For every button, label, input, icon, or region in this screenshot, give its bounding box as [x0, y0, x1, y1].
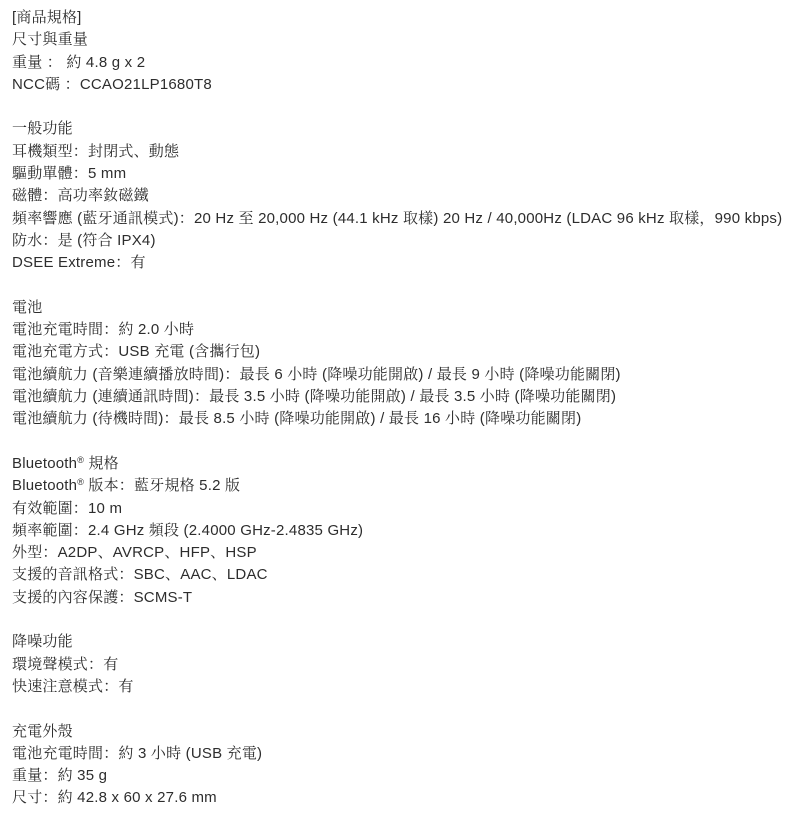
spec-line-headphone-type: 耳機類型：封閉式、動態 — [12, 141, 775, 163]
section-heading: 尺寸與重量 — [12, 29, 775, 51]
section-general-features: 一般功能 耳機類型：封閉式、動態 驅動單體：5 mm 磁體：高功率釹磁鐵 頻率響… — [12, 118, 775, 274]
spec-line-charge-time: 電池充電時間：約 2.0 小時 — [12, 319, 775, 341]
section-heading: 一般功能 — [12, 118, 775, 140]
spec-line-battery-life-standby: 電池續航力 (待機時間)：最長 8.5 小時 (降噪功能開啟) / 最長 16 … — [12, 408, 775, 430]
spec-line-driver-unit: 驅動單體：5 mm — [12, 163, 775, 185]
section-charging-case: 充電外殼 電池充電時間：約 3 小時 (USB 充電) 重量：約 35 g 尺寸… — [12, 721, 775, 810]
spec-line-case-charge-time: 電池充電時間：約 3 小時 (USB 充電) — [12, 743, 775, 765]
spec-line-case-dimensions: 尺寸：約 42.8 x 60 x 27.6 mm — [12, 787, 775, 809]
spec-line-charge-method: 電池充電方式：USB 充電 (含攜行包) — [12, 341, 775, 363]
page-title: [商品規格] — [12, 7, 775, 29]
section-heading: 電池 — [12, 297, 775, 319]
spec-line-battery-life-music: 電池續航力 (音樂連續播放時間)：最長 6 小時 (降噪功能開啟) / 最長 9… — [12, 364, 775, 386]
spec-line-weight: 重量 ： 約 4.8 g x 2 — [12, 52, 775, 74]
spec-line-profiles: 外型：A2DP、AVRCP、HFP、HSP — [12, 542, 775, 564]
section-dimensions-weight: 尺寸與重量 重量 ： 約 4.8 g x 2 NCC碼 ：CCAO21LP168… — [12, 29, 775, 96]
section-noise-cancelling: 降噪功能 環境聲模式：有 快速注意模式：有 — [12, 631, 775, 698]
spec-line-water-resistance: 防水：是 (符合 IPX4) — [12, 230, 775, 252]
section-heading: 降噪功能 — [12, 631, 775, 653]
spec-line-case-weight: 重量：約 35 g — [12, 765, 775, 787]
spec-line-audio-formats: 支援的音訊格式：SBC、AAC、LDAC — [12, 564, 775, 586]
spec-line-ncc-code: NCC碼 ：CCAO21LP1680T8 — [12, 74, 775, 96]
spec-line-frequency-range: 頻率範圍：2.4 GHz 頻段 (2.4000 GHz-2.4835 GHz) — [12, 520, 775, 542]
spec-line-frequency-response: 頻率響應 (藍牙通訊模式)：20 Hz 至 20,000 Hz (44.1 kH… — [12, 208, 775, 230]
spec-line-content-protection: 支援的內容保護：SCMS-T — [12, 587, 775, 609]
spec-line-magnet: 磁體：高功率釹磁鐵 — [12, 185, 775, 207]
section-bluetooth: Bluetooth® 規格 Bluetooth® 版本：藍牙規格 5.2 版 有… — [12, 453, 775, 609]
spec-line-quick-attention-mode: 快速注意模式：有 — [12, 676, 775, 698]
spec-line-bluetooth-version: Bluetooth® 版本：藍牙規格 5.2 版 — [12, 475, 775, 497]
spec-line-effective-range: 有效範圍：10 m — [12, 498, 775, 520]
spec-line-dsee-extreme: DSEE Extreme：有 — [12, 252, 775, 274]
section-heading: Bluetooth® 規格 — [12, 453, 775, 475]
product-spec-document: [商品規格] 尺寸與重量 重量 ： 約 4.8 g x 2 NCC碼 ：CCAO… — [0, 0, 789, 810]
section-heading: 充電外殼 — [12, 721, 775, 743]
section-battery: 電池 電池充電時間：約 2.0 小時 電池充電方式：USB 充電 (含攜行包) … — [12, 297, 775, 431]
spec-line-battery-life-talk: 電池續航力 (連續通訊時間)：最長 3.5 小時 (降噪功能開啟) / 最長 3… — [12, 386, 775, 408]
spec-line-ambient-sound-mode: 環境聲模式：有 — [12, 654, 775, 676]
